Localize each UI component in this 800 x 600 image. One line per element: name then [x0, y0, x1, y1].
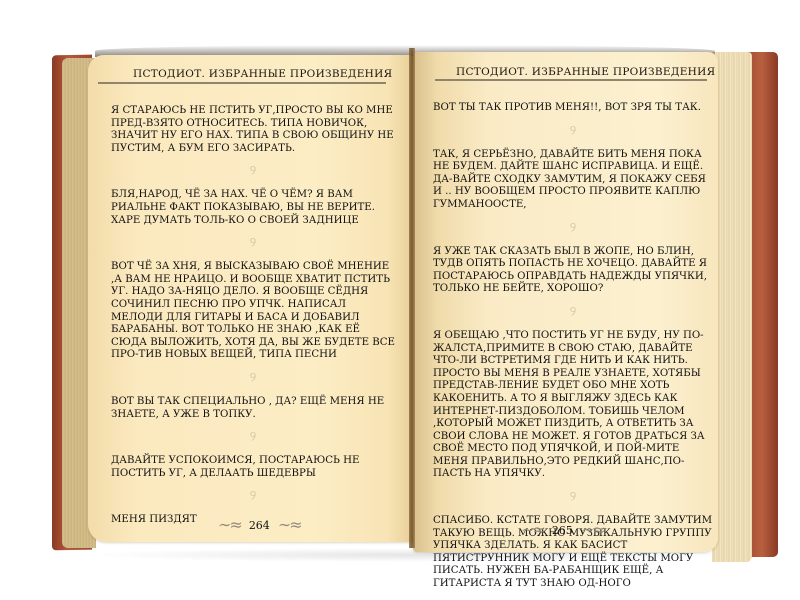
right-page: Пстодиот. Избранные произведения Вот ты …	[413, 52, 718, 552]
separator: ୨	[111, 480, 395, 514]
header-rule-right	[435, 79, 707, 81]
flourish-icon: ∼≈	[278, 517, 301, 533]
page-number-left: ∼≈ 264 ∼≈	[218, 517, 301, 533]
ornament-icon: ୨	[250, 373, 256, 386]
ornament-icon: ୨	[570, 222, 576, 235]
open-book: Пстодиот. Избранные произведения Я стара…	[0, 0, 800, 600]
running-head-left: Пстодиот. Избранные произведения	[133, 68, 392, 80]
separator: ୨	[433, 481, 713, 515]
page-stack-right	[712, 52, 752, 562]
page-number: 264	[249, 519, 270, 532]
separator: ୨	[433, 296, 713, 330]
separator: ୨	[111, 227, 395, 261]
ornament-icon: ୨	[570, 125, 576, 138]
ornament-icon: ୨	[250, 238, 256, 251]
paragraph: Вот чё за хня, я высказываю своё мнение …	[111, 261, 395, 362]
separator: ୨	[433, 212, 713, 246]
page-number: 265	[552, 524, 573, 537]
running-head-right: Пстодиот. Избранные произведения	[456, 66, 715, 78]
paragraph: Бля,народ, чё за нах. Чё о чём? Я вам ри…	[111, 189, 395, 227]
ornament-icon: ୨	[250, 432, 256, 445]
separator: ୨	[433, 115, 713, 149]
header-rule-left	[98, 82, 386, 84]
paragraph: Так, я серьёзно, давайте бить меня пока …	[433, 149, 713, 212]
flourish-icon: ∼≈	[521, 522, 544, 538]
book-spine-gutter	[409, 48, 415, 548]
left-page-body: Я стараюсь не пстить УГ,просто вы ко мне…	[111, 105, 395, 527]
separator: ୨	[111, 421, 395, 455]
ornament-icon: ୨	[570, 492, 576, 505]
flourish-icon: ∼≈	[581, 522, 604, 538]
left-page: Пстодиот. Избранные произведения Я стара…	[88, 55, 413, 542]
ornament-icon: ୨	[250, 491, 256, 504]
paragraph: Вот ты так против меня!!, вот зря ты так…	[433, 102, 713, 115]
separator: ୨	[111, 155, 395, 189]
flourish-icon: ∼≈	[218, 517, 241, 533]
paragraph: Я стараюсь не пстить УГ,просто вы ко мне…	[111, 105, 395, 155]
paragraph: Вот вы так специально , да? Ещё меня не …	[111, 396, 395, 421]
page-number-right: ∼≈ 265 ∼≈	[521, 522, 604, 538]
ornament-icon: ୨	[250, 166, 256, 179]
paragraph: Давайте успокоимся, постараюсь не постит…	[111, 455, 395, 480]
paragraph: Я уже так сказать был в жопе, но блин, т…	[433, 246, 713, 296]
paragraph: Я обещаю ,что постить УГ не буду, ну по-…	[433, 330, 713, 481]
right-page-body: Вот ты так против меня!!, вот зря ты так…	[433, 102, 713, 591]
ornament-icon: ୨	[570, 307, 576, 320]
separator: ୨	[111, 362, 395, 396]
